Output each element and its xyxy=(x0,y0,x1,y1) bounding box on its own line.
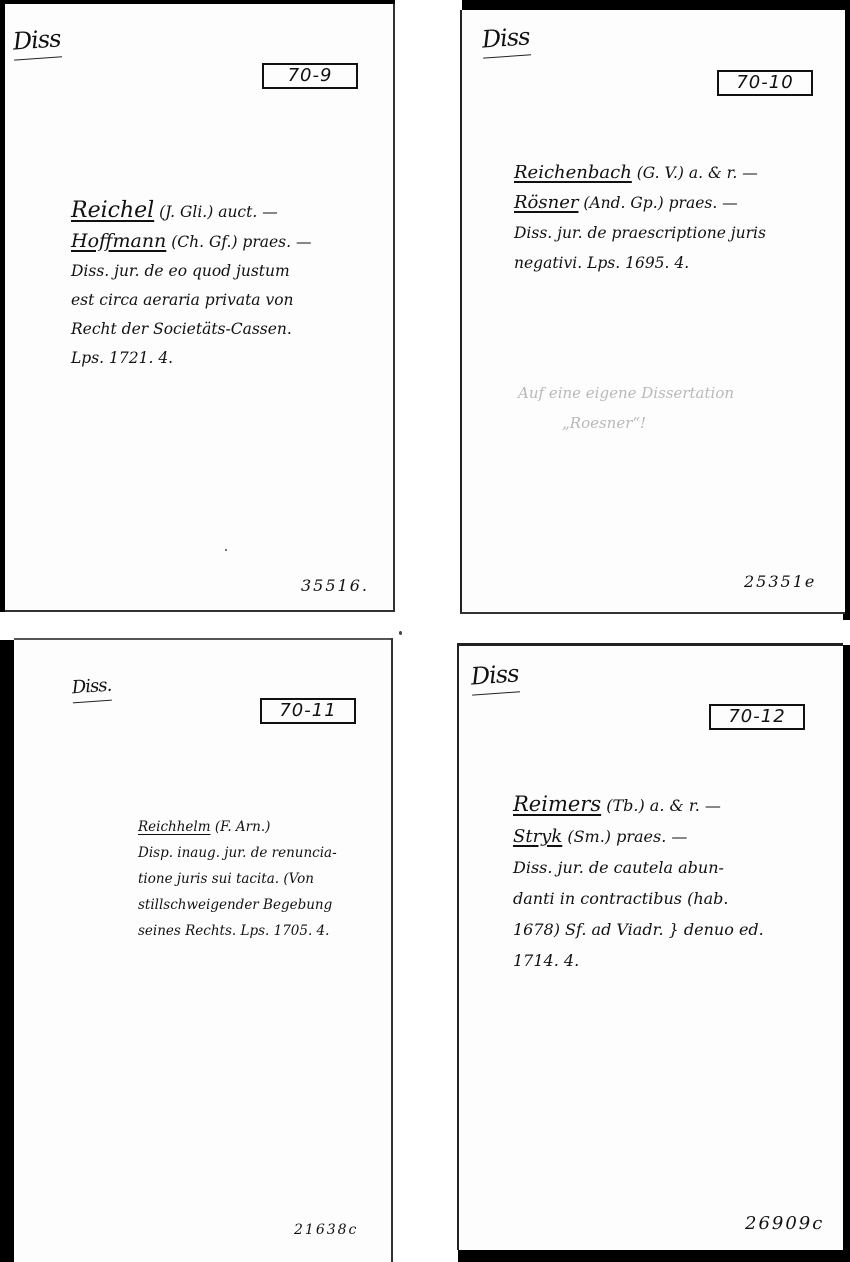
catalog-card-70-10: Diss 70-10 Reichenbach (G. V.) a. & r. —… xyxy=(460,10,845,614)
card-edge xyxy=(457,643,459,1250)
speck xyxy=(225,549,227,551)
card-edge xyxy=(457,643,843,646)
entry-line: Diss. jur. de praescriptione juris xyxy=(514,218,766,248)
pencil-line: „Roesner“! xyxy=(518,408,734,438)
catalog-card-70-12: Diss 70-12 Reimers (Tb.) a. & r. — Stryk… xyxy=(457,643,843,1250)
entry-line: Rösner (And. Gp.) praes. — xyxy=(514,188,766,218)
entry-line: Reimers (Tb.) a. & r. — xyxy=(513,789,764,821)
entry-line: stillschweigender Begebung xyxy=(138,892,337,918)
praeses-name: Stryk xyxy=(513,826,562,847)
praeses-name: Hoffmann xyxy=(71,230,166,252)
author-name: Reichenbach xyxy=(514,162,632,183)
accession-number: 35516. xyxy=(301,576,369,595)
scan-background-bottom-left-strip xyxy=(0,640,15,1262)
pencil-line: Auf eine eigene Dissertation xyxy=(518,378,734,408)
entry-line: tione juris sui tacita. (Von xyxy=(138,866,337,892)
entry-text: (Ch. Gf.) praes. — xyxy=(166,233,311,251)
entry-line: danti in contractibus (hab. xyxy=(513,883,764,914)
entry-text: (And. Gp.) praes. — xyxy=(578,194,737,212)
entry-line: negativi. Lps. 1695. 4. xyxy=(514,248,766,278)
entry-text: (Sm.) praes. — xyxy=(562,827,687,846)
call-number: 70-9 xyxy=(262,63,358,89)
accession-number: 26909c xyxy=(745,1213,824,1234)
author-name: Reichel xyxy=(71,198,154,223)
scan-background-bottom-right-strip xyxy=(843,645,850,1250)
entry-text: (J. Gli.) auct. — xyxy=(154,203,278,221)
scan-background-bottom-right xyxy=(458,1250,850,1262)
praeses-name: Rösner xyxy=(514,192,578,213)
entry-line: Reichel (J. Gli.) auct. — xyxy=(71,196,312,227)
accession-number: 25351e xyxy=(744,572,816,591)
entry-line: Stryk (Sm.) praes. — xyxy=(513,821,764,852)
card-edge xyxy=(393,4,395,612)
card-edge xyxy=(5,610,395,612)
entry-line: Reichenbach (G. V.) a. & r. — xyxy=(514,158,766,188)
catalog-entry: Reichel (J. Gli.) auct. — Hoffmann (Ch. … xyxy=(71,196,312,373)
entry-line: Recht der Societäts-Cassen. xyxy=(71,315,312,344)
author-name: Reimers xyxy=(513,792,601,816)
category-label: Diss. xyxy=(71,675,112,704)
entry-text: (Tb.) a. & r. — xyxy=(601,796,721,815)
card-edge xyxy=(391,638,393,1262)
category-label: Diss xyxy=(470,659,520,695)
catalog-card-70-11: Diss. 70-11 Reichhelm (F. Arn.) Disp. in… xyxy=(14,638,393,1262)
card-edge xyxy=(460,612,845,614)
category-label: Diss xyxy=(481,22,531,58)
entry-text: (G. V.) a. & r. — xyxy=(632,164,758,182)
catalog-entry: Reichhelm (F. Arn.) Disp. inaug. jur. de… xyxy=(138,814,337,944)
entry-line: Disp. inaug. jur. de renuncia- xyxy=(138,840,337,866)
catalog-entry: Reimers (Tb.) a. & r. — Stryk (Sm.) prae… xyxy=(513,789,764,976)
entry-line: Hoffmann (Ch. Gf.) praes. — xyxy=(71,227,312,257)
card-edge xyxy=(460,10,462,614)
catalog-entry: Reichenbach (G. V.) a. & r. — Rösner (An… xyxy=(514,158,766,278)
category-label: Diss xyxy=(12,24,62,60)
call-number: 70-11 xyxy=(260,698,356,724)
accession-number: 21638c xyxy=(294,1222,358,1238)
card-edge xyxy=(14,638,393,640)
scan-background-top-right xyxy=(462,0,850,10)
call-number: 70-12 xyxy=(709,704,805,730)
pencil-annotation: Auf eine eigene Dissertation „Roesner“! xyxy=(518,378,734,438)
entry-line: est circa aeraria privata von xyxy=(71,286,312,315)
catalog-card-70-9: Diss 70-9 Reichel (J. Gli.) auct. — Hoff… xyxy=(5,4,395,612)
speck xyxy=(399,631,402,635)
author-name: Reichhelm xyxy=(138,819,211,835)
entry-line: 1714. 4. xyxy=(513,945,764,976)
call-number: 70-10 xyxy=(717,70,813,96)
entry-line: Diss. jur. de cautela abun- xyxy=(513,852,764,883)
entry-line: 1678) Sf. ad Viadr. } denuo ed. xyxy=(513,914,764,945)
entry-line: seines Rechts. Lps. 1705. 4. xyxy=(138,918,337,944)
entry-line: Lps. 1721. 4. xyxy=(71,344,312,373)
entry-line: Reichhelm (F. Arn.) xyxy=(138,814,337,840)
entry-text: (F. Arn.) xyxy=(211,819,271,835)
entry-line: Diss. jur. de eo quod justum xyxy=(71,257,312,286)
